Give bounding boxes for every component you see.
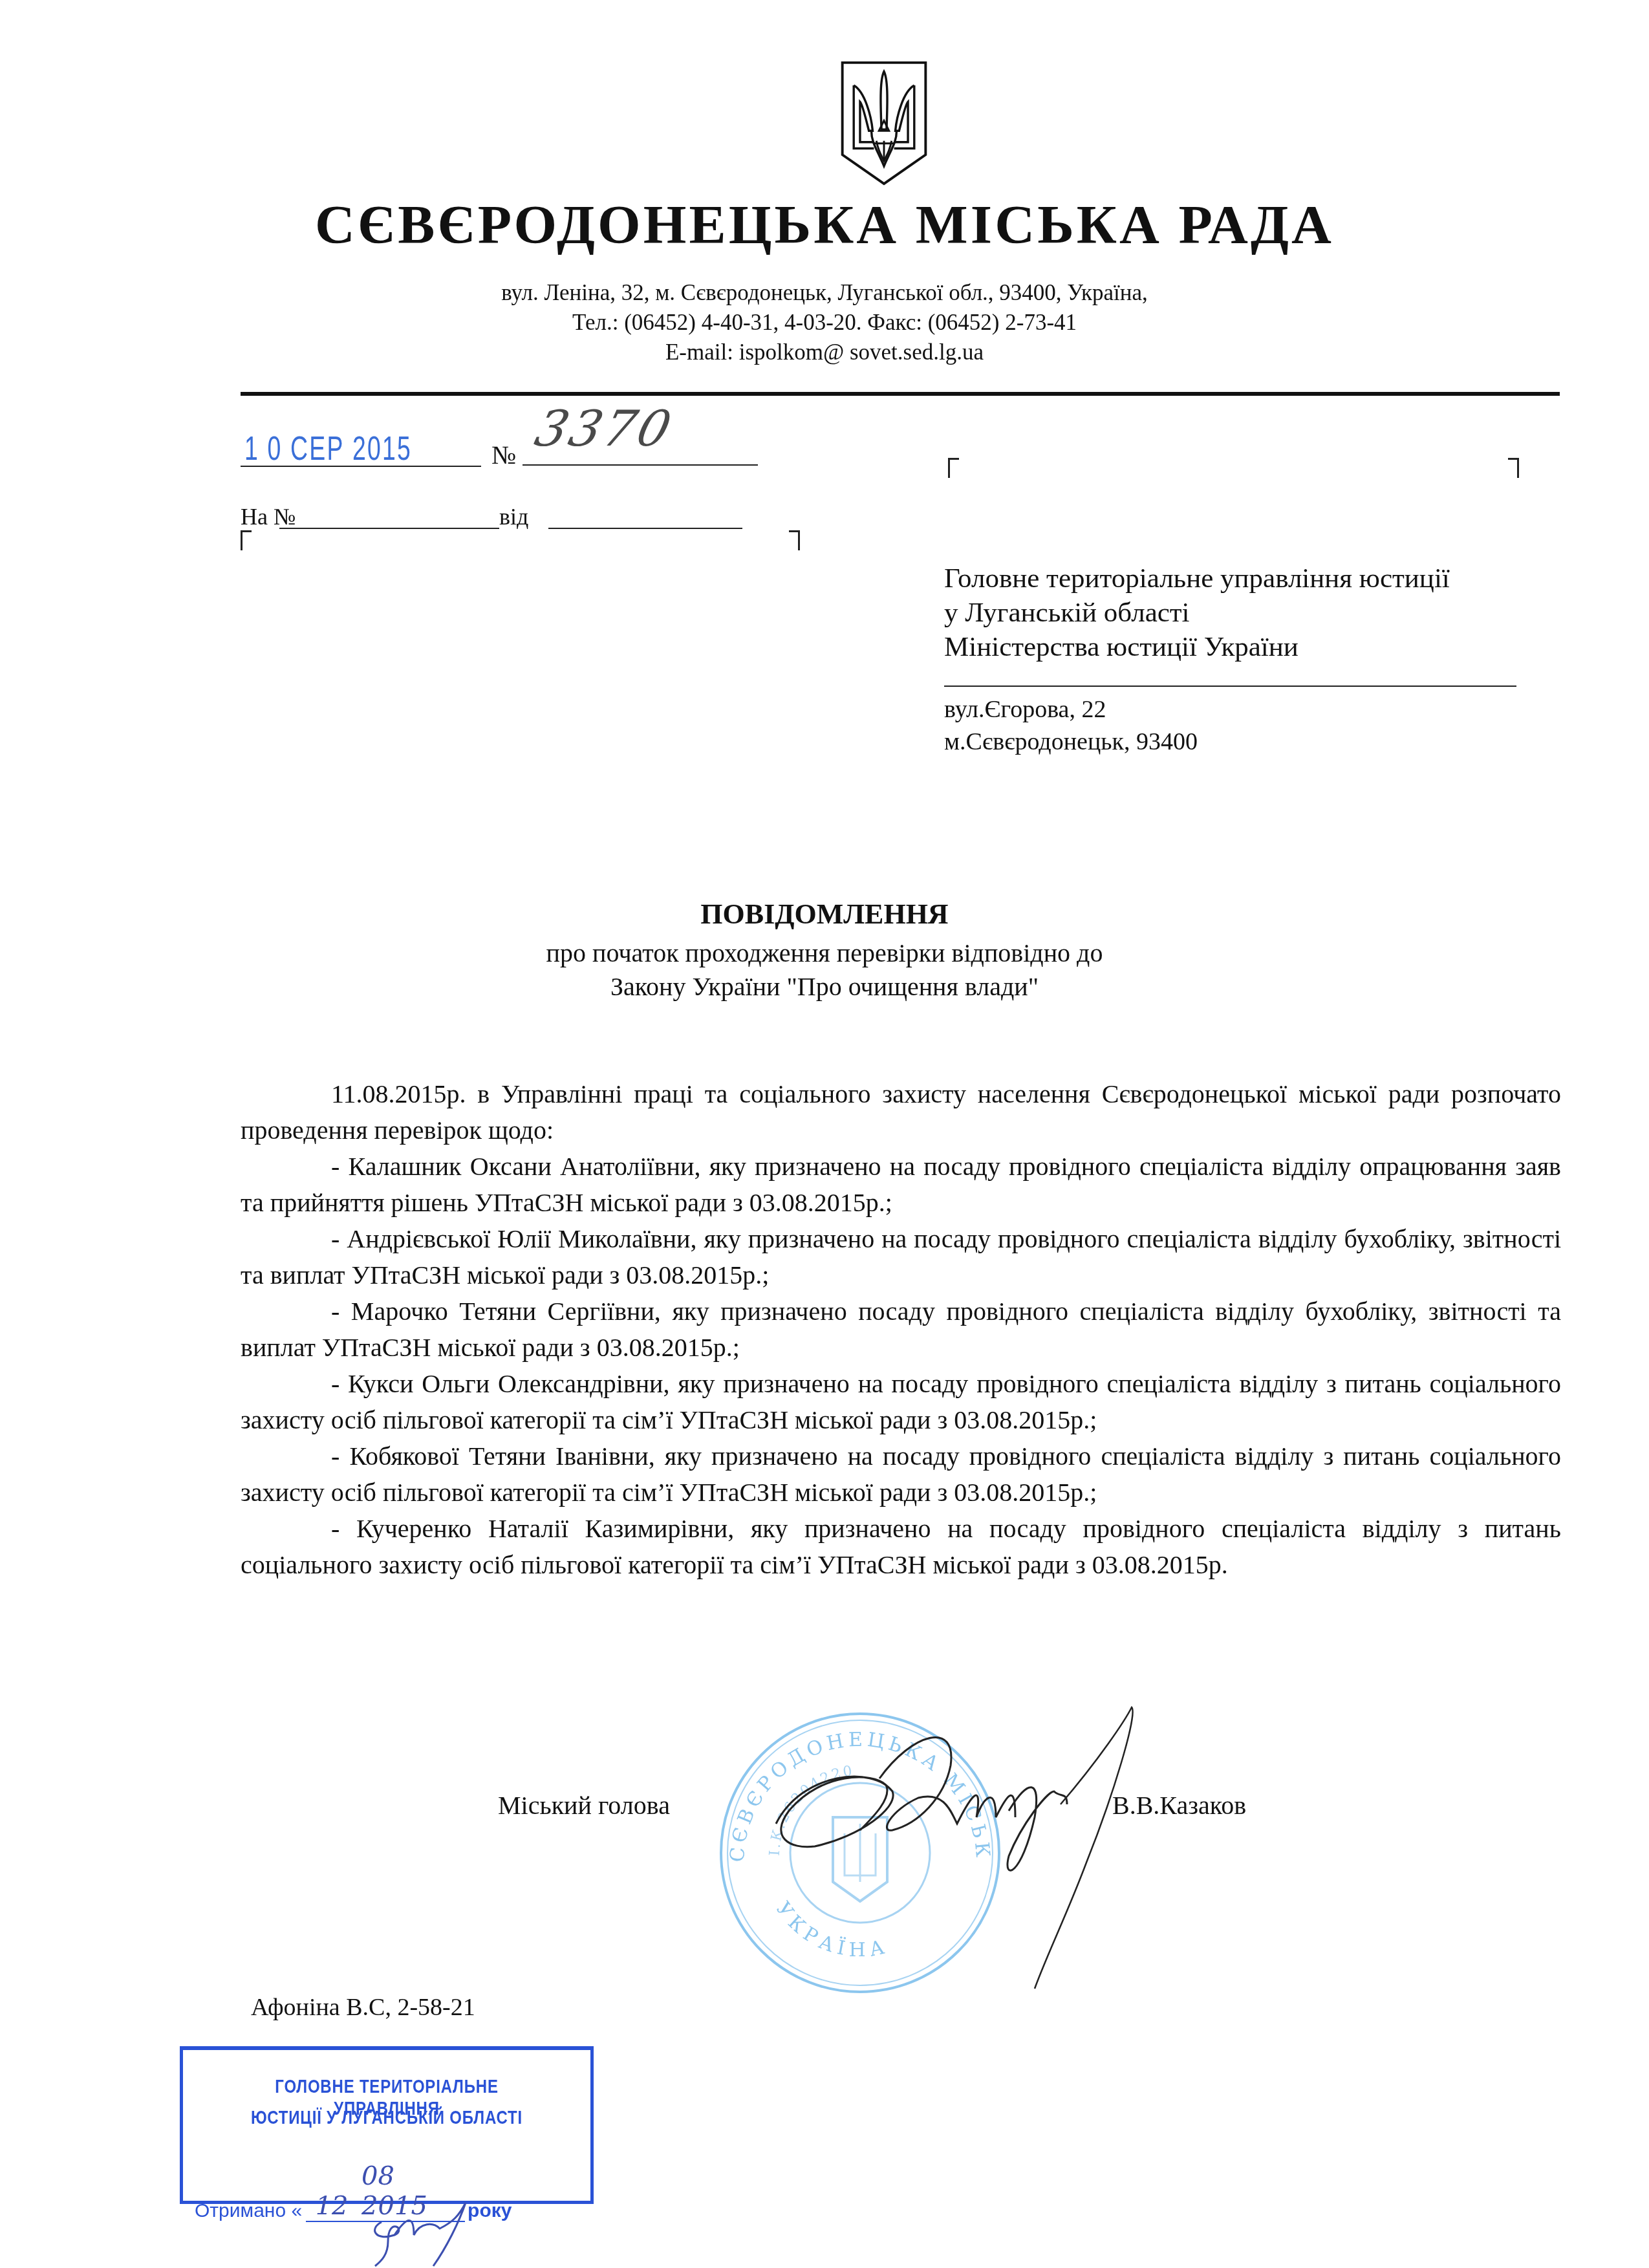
recipient-bracket-top-left <box>948 458 959 478</box>
received-day-handwritten: 12 <box>306 2191 358 2222</box>
recipient-line-3: Міністерства юстиції України <box>944 630 1450 664</box>
outgoing-number-field-line <box>523 464 758 466</box>
recipient-block: Головне територіальне управління юстиції… <box>944 561 1450 664</box>
executor-contact: Афоніна В.С, 2-58-21 <box>251 1993 475 2022</box>
received-stamp: ГОЛОВНЕ ТЕРИТОРІАЛЬНЕ УПРАВЛІННЯ ЮСТИЦІЇ… <box>180 2046 594 2204</box>
recipient-street: вул.Єгорова, 22 <box>944 693 1198 726</box>
reference-number-field-line <box>279 528 499 529</box>
signatory-role: Міський голова <box>498 1790 670 1820</box>
trident-coat-of-arms-icon <box>839 60 929 186</box>
received-initials-signature <box>362 2196 479 2267</box>
body-item: - Андрієвської Юлії Миколаївни, яку приз… <box>241 1221 1561 1293</box>
header-divider <box>241 392 1560 396</box>
received-stamp-line-2: ЮСТИЦІЇ У ЛУГАНСЬКІЙ ОБЛАСТІ <box>224 2107 550 2129</box>
document-subtitle-line-2: Закону України "Про очищення влади" <box>0 970 1649 1004</box>
body-item: - Кукси Ольги Олександрівни, яку признач… <box>241 1366 1561 1438</box>
reference-date-field-line <box>548 528 742 529</box>
corner-bracket-top-right <box>789 530 800 550</box>
body-item: - Марочко Тетяни Сергіївни, яку призначе… <box>241 1293 1561 1366</box>
reference-date-label: від <box>499 503 528 530</box>
corner-bracket-top-left <box>241 530 252 550</box>
outgoing-number-label: № <box>491 440 516 470</box>
recipient-divider <box>944 686 1516 687</box>
organization-email: E-mail: ispolkom@ sovet.sed.lg.ua <box>0 338 1649 367</box>
outgoing-date-stamp: 1 0 СЕР 2015 <box>244 429 412 468</box>
organization-address: вул. Леніна, 32, м. Сєвєродонецьк, Луган… <box>0 278 1649 307</box>
recipient-line-1: Головне територіальне управління юстиції <box>944 561 1450 596</box>
body-intro: 11.08.2015р. в Управлінні праці та соціа… <box>241 1076 1561 1149</box>
outgoing-date-field-line <box>241 466 481 467</box>
outgoing-number-handwritten: 3370 <box>530 400 680 457</box>
reference-number-label: На № <box>241 503 296 530</box>
signatory-name: В.В.Казаков <box>1112 1790 1246 1820</box>
recipient-bracket-top-right <box>1508 458 1519 478</box>
body-item: - Кобякової Тетяни Іванівни, яку признач… <box>241 1438 1561 1511</box>
document-body: 11.08.2015р. в Управлінні праці та соціа… <box>241 1076 1561 1583</box>
handwritten-signature <box>763 1694 1229 1992</box>
organization-phones: Тел.: (06452) 4-40-31, 4-03-20. Факс: (0… <box>0 308 1649 337</box>
body-item: - Кучеренко Наталії Казимирівни, яку при… <box>241 1511 1561 1583</box>
recipient-address: вул.Єгорова, 22 м.Сєвєродонецьк, 93400 <box>944 693 1198 758</box>
body-item: - Калашник Оксани Анатоліївни, яку призн… <box>241 1149 1561 1221</box>
recipient-line-2: у Луганській області <box>944 596 1450 630</box>
received-label: Отримано « <box>195 2200 302 2222</box>
organization-title: СЄВЄРОДОНЕЦЬКА МІСЬКА РАДА <box>0 194 1649 257</box>
recipient-city: м.Сєвєродонецьк, 93400 <box>944 726 1198 758</box>
document-title: ПОВІДОМЛЕННЯ <box>0 898 1649 931</box>
document-subtitle-line-1: про початок проходження перевірки відпов… <box>0 936 1649 970</box>
